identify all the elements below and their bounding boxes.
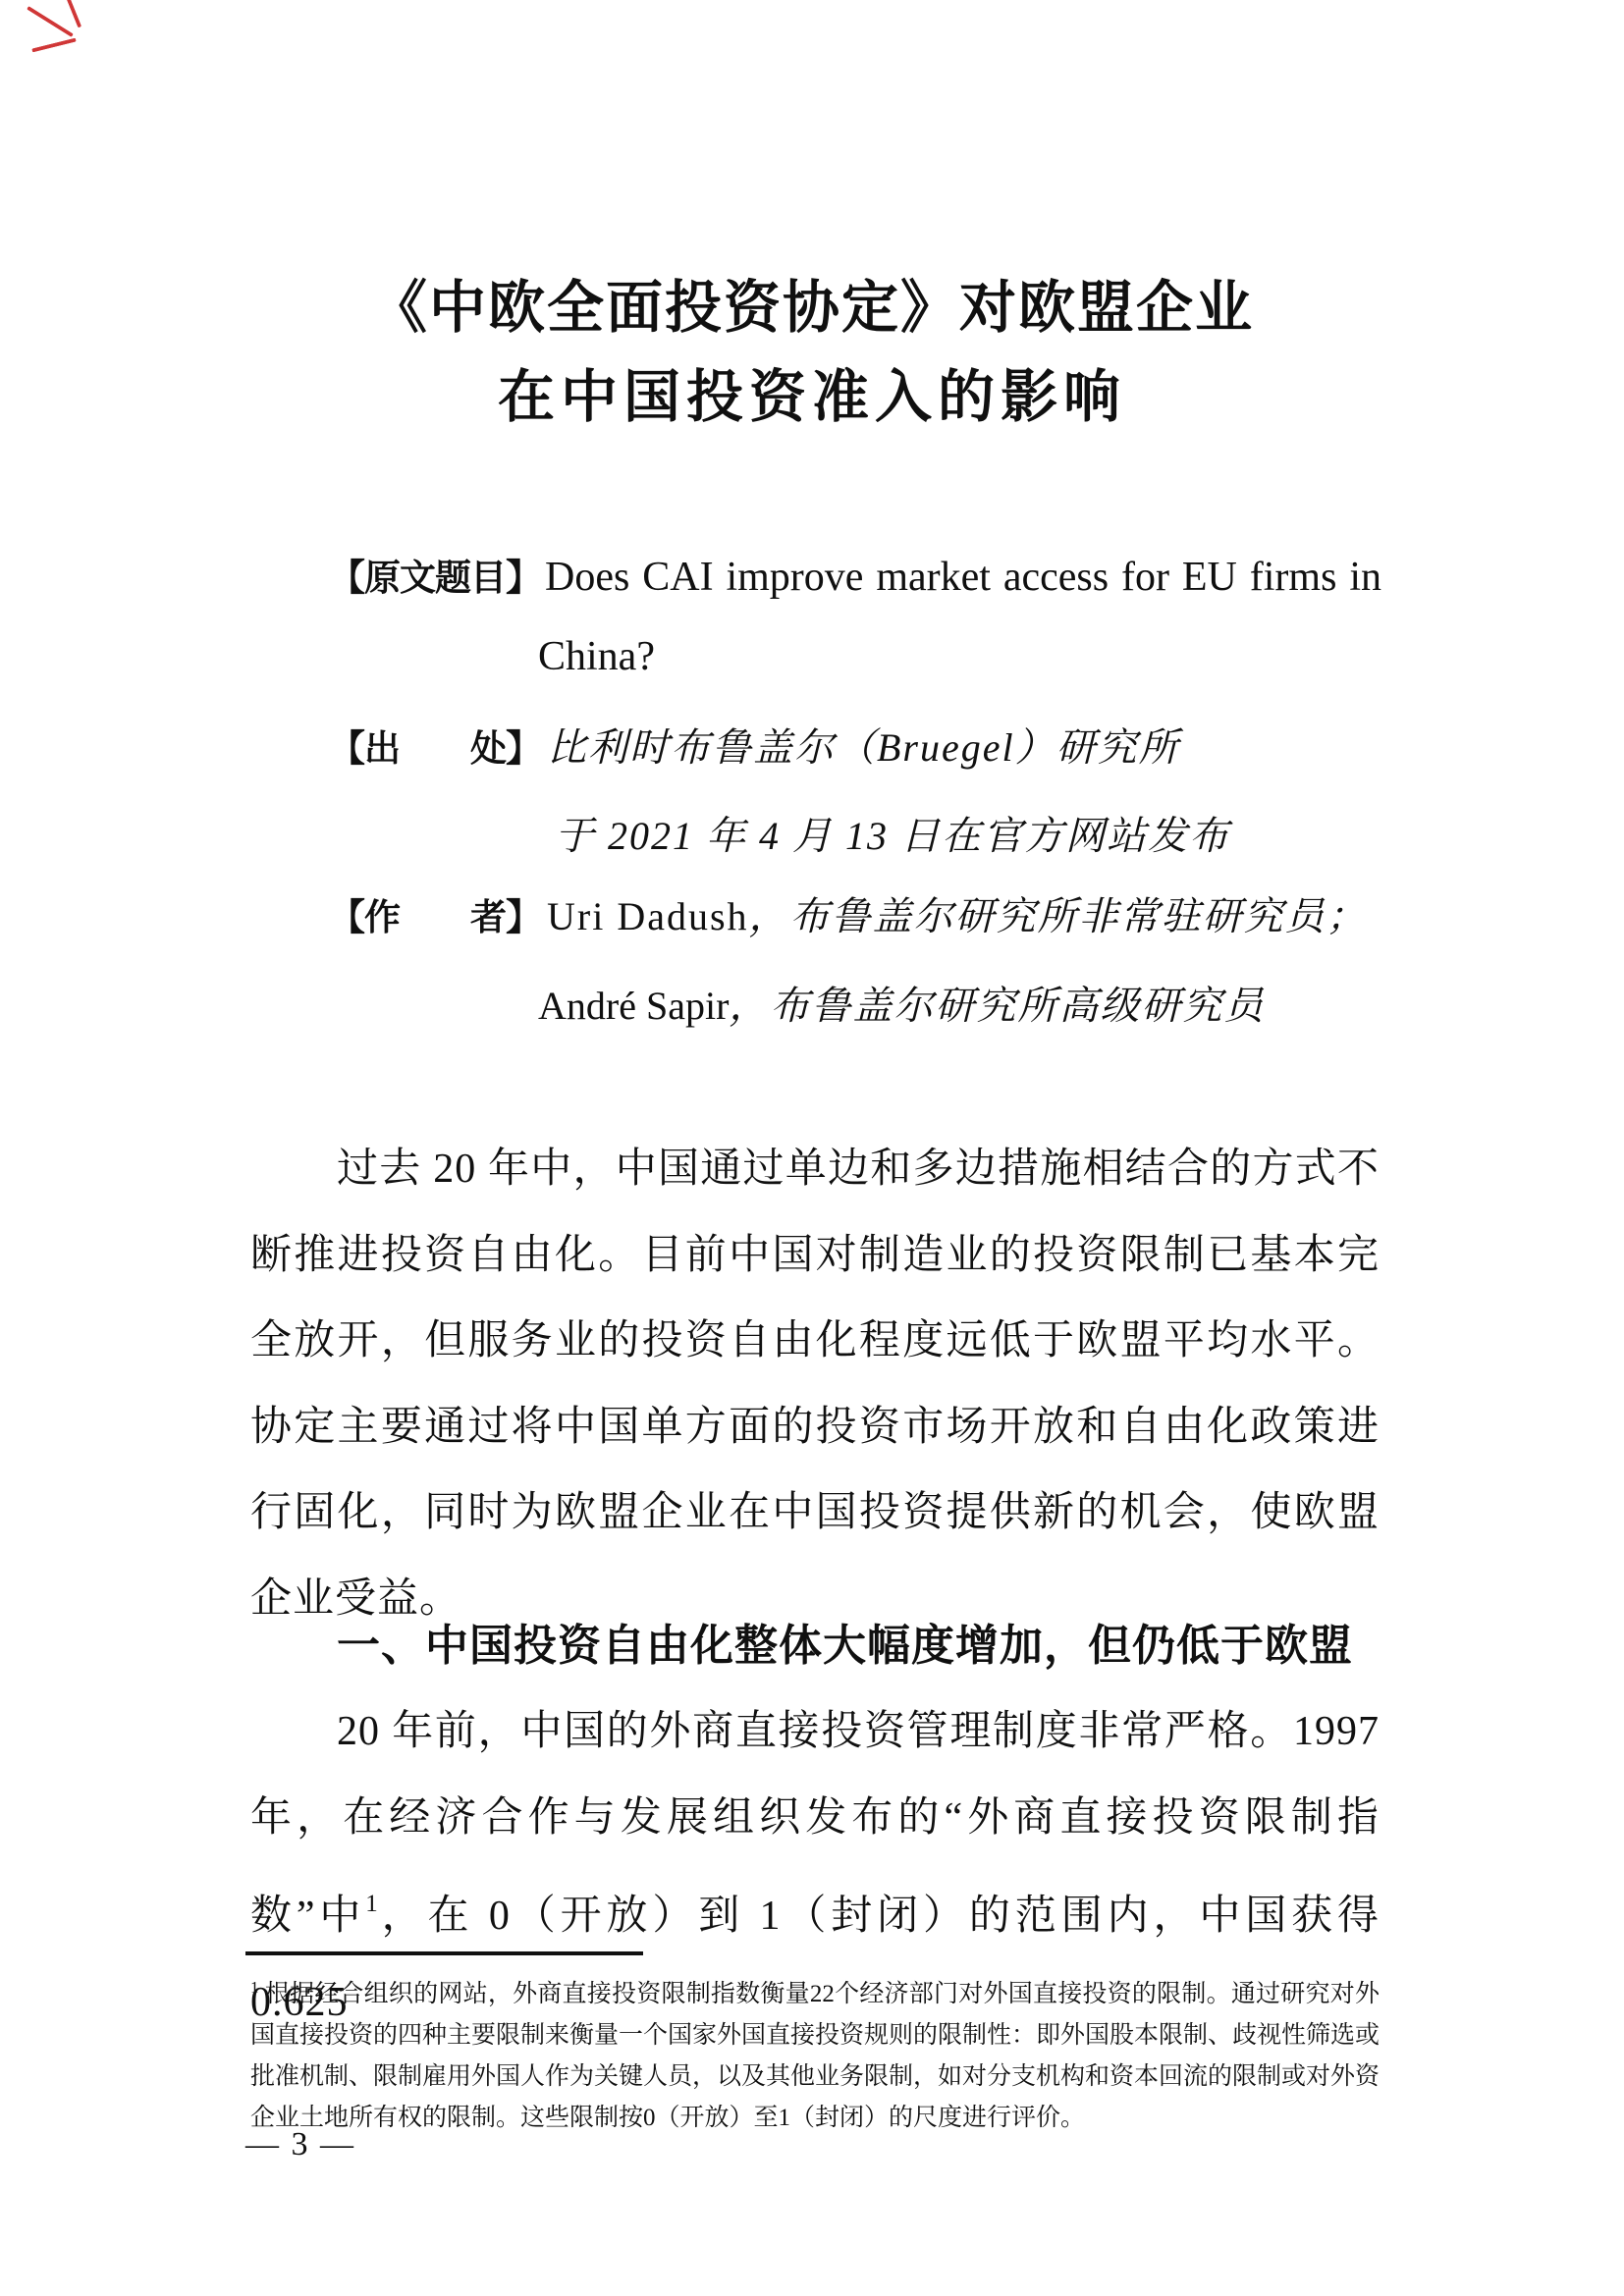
meta-original-title: 【原文题目】Does CAI improve market access for…	[329, 548, 1381, 601]
section-1-heading: 一、中国投资自由化整体大幅度增加，但仍低于欧盟	[250, 1618, 1380, 1675]
meta-original-title-continuation: China?	[538, 633, 655, 680]
meta-label-authors: 【作 者】	[329, 887, 541, 940]
document-title-line-1: 《中欧全面投资协定》对欧盟企业	[0, 278, 1624, 339]
document-title-line-2: 在中国投资准入的影响	[0, 367, 1624, 428]
author-2-name: André Sapir	[538, 984, 729, 1028]
page-number: — 3 —	[245, 2126, 355, 2163]
red-pen-stroke	[66, 0, 81, 28]
meta-source: 【出 处】比利时布鲁盖尔（Bruegel）研究所	[329, 717, 1180, 770]
meta-original-title-text: Does CAI improve market access for EU fi…	[545, 554, 1381, 601]
meta-source-text: 比利时布鲁盖尔（Bruegel）研究所	[547, 717, 1180, 773]
footnote-separator-rule	[245, 1951, 643, 1955]
meta-source-continuation: 于 2021 年 4 月 13 日在官方网站发布	[555, 805, 1230, 861]
footnote-1-marker: 1	[250, 1978, 259, 1997]
footnote-1-text: 根据经合组织的网站，外商直接投资限制指数衡量22个经济部门对外国直接投资的限制。…	[250, 1981, 1380, 2131]
author-2-affiliation: ，布鲁盖尔研究所高级研究员	[729, 984, 1265, 1028]
red-pen-stroke	[31, 37, 77, 52]
red-pen-annotation	[18, 4, 96, 73]
meta-label-source: 【出 处】	[329, 719, 541, 772]
author-1-affiliation: ，布鲁盖尔研究所非常驻研究员；	[749, 894, 1368, 938]
footnote-reference-1: 1	[365, 1891, 378, 1917]
body-paragraph-1: 过去 20 年中，中国通过单边和多边措施相结合的方式不断推进投资自由化。目前中国…	[250, 1127, 1380, 1642]
footnote-1: 1根据经合组织的网站，外商直接投资限制指数衡量22个经济部门对外国直接投资的限制…	[250, 1967, 1380, 2139]
author-1-name: Uri Dadush	[547, 894, 749, 938]
red-pen-stroke	[27, 6, 74, 37]
meta-label-original-title: 【原文题目】	[329, 548, 541, 601]
meta-authors: 【作 者】Uri Dadush，布鲁盖尔研究所非常驻研究员；	[329, 885, 1368, 938]
meta-authors-continuation: André Sapir，布鲁盖尔研究所高级研究员	[538, 975, 1265, 1031]
document-page: 《中欧全面投资协定》对欧盟企业 在中国投资准入的影响 【原文题目】Does CA…	[0, 0, 1624, 2296]
